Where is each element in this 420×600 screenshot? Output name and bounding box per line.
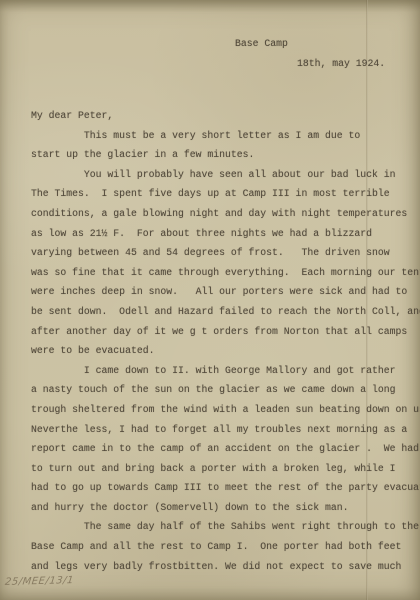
letter-line: after another day of it we g t orders fr…	[31, 322, 420, 342]
letter-line: The Times. I spent five days up at Camp …	[31, 184, 420, 204]
letter-line: were to be evacuated.	[31, 341, 420, 361]
letter-line: as low as 21½ F. For about three nights …	[31, 224, 420, 244]
letter-line: I came down to II. with George Mallory a…	[31, 361, 420, 381]
letter-line: Neverthe less, I had to forget all my tr…	[31, 420, 420, 440]
archive-reference: 25/MEE/13/1	[4, 575, 74, 588]
letter-line: report came in to the camp of an acciden…	[31, 439, 420, 459]
letter-line: The same day half of the Sahibs went rig…	[31, 517, 420, 537]
letter-date: 18th, may 1924.	[297, 58, 385, 69]
letter-line: varying between 45 and 54 degrees of fro…	[31, 243, 420, 263]
letter-line: trough sheltered from the wind with a le…	[31, 400, 420, 420]
letter-line: be sent down. Odell and Hazard failed to…	[31, 302, 420, 322]
letter-line: You will probably have seen all about ou…	[31, 165, 420, 185]
letter-line: was so fine that it came through everyth…	[31, 263, 420, 283]
letter-line: Base Camp and all the rest to Camp I. On…	[31, 537, 420, 557]
letter-line: a nasty touch of the sun on the glacier …	[31, 380, 420, 400]
letter-line: and hurry the doctor (Somervell) down to…	[31, 498, 420, 518]
letter-location: Base Camp	[235, 38, 288, 49]
letter-line: conditions, a gale blowing night and day…	[31, 204, 420, 224]
letter-line: and legs very badly frostbitten. We did …	[31, 557, 420, 577]
letter-line: had to go up towards Camp III to meet th…	[31, 478, 420, 498]
letter-line: to turn out and bring back a porter with…	[31, 459, 420, 479]
letter-line: My dear Peter,	[31, 106, 420, 126]
letter-body: My dear Peter, This must be a very short…	[31, 106, 420, 576]
letter-line: This must be a very short letter as I am…	[31, 126, 420, 146]
letter-line: start up the glacier in a few minutes.	[31, 145, 420, 165]
letter-line: were inches deep in snow. All our porter…	[31, 282, 420, 302]
letter-page: Base Camp 18th, may 1924. My dear Peter,…	[0, 0, 420, 600]
